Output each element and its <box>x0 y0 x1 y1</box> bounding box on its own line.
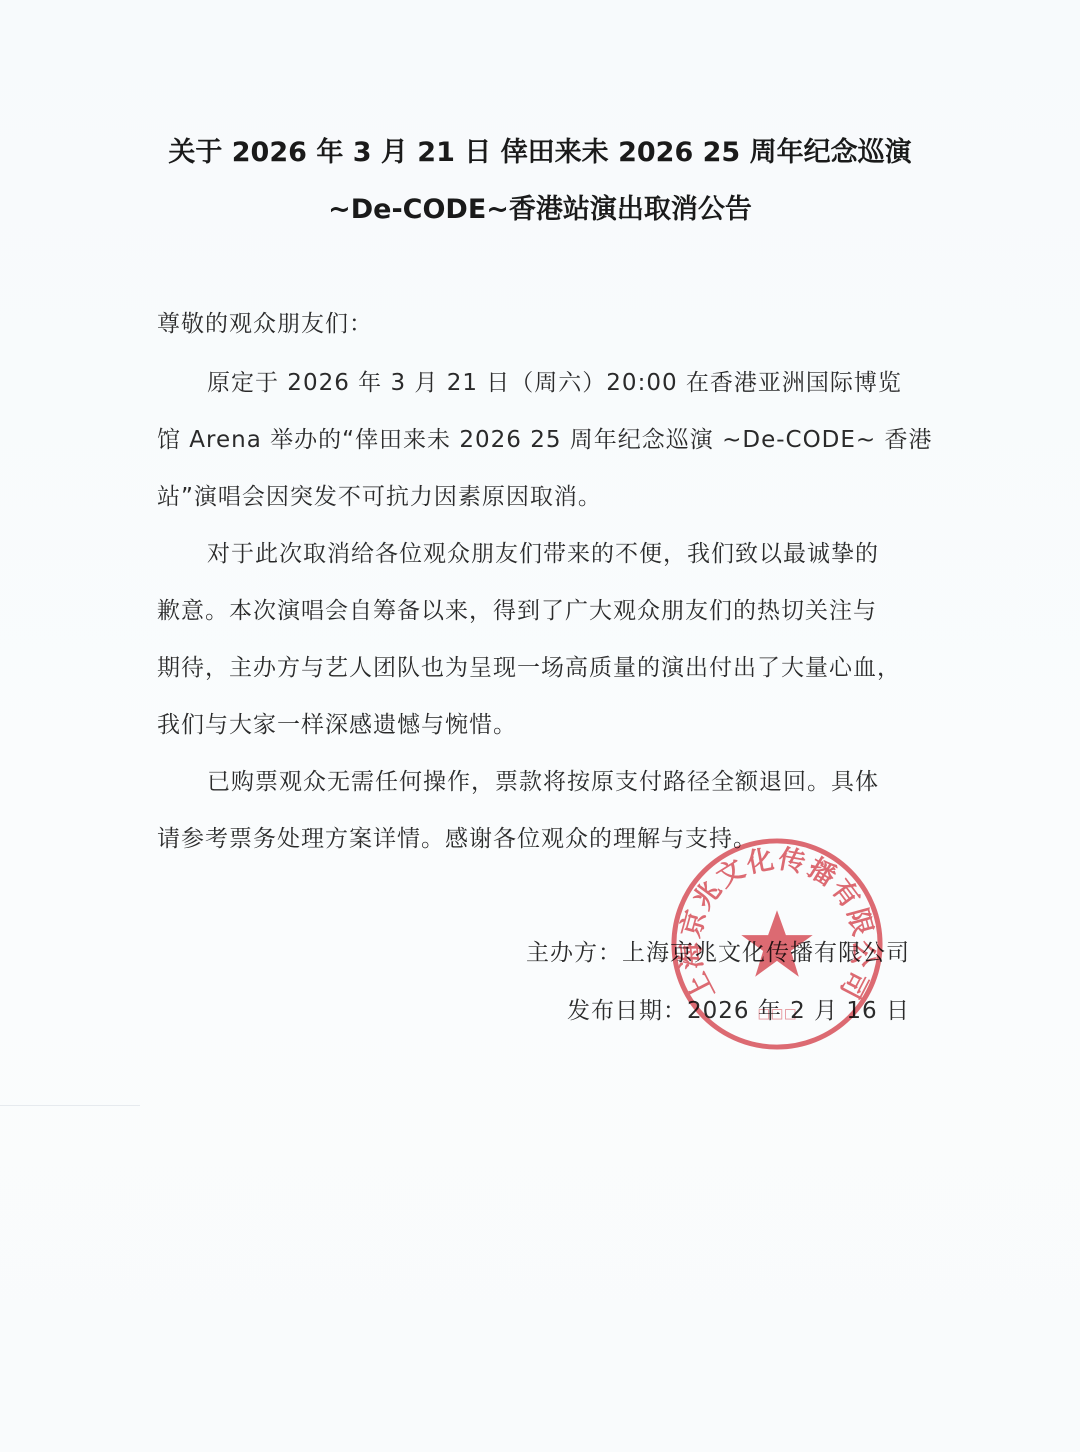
paragraph-1-line-1: 原定于 2026 年 3 月 21 日（周六）20:00 在香港亚洲国际博览 <box>207 364 902 397</box>
document-title-line-2: ~De-CODE~香港站演出取消公告 <box>0 187 1080 226</box>
paragraph-3-line-2: 请参考票务处理方案详情。感谢各位观众的理解与支持。 <box>157 820 757 853</box>
company-seal-stamp: 上海京兆文化传播有限公司 ◻◻◻ <box>668 835 886 1053</box>
paragraph-2-line-4: 我们与大家一样深感遗憾与惋惜。 <box>157 706 517 739</box>
paragraph-2-line-1: 对于此次取消给各位观众朋友们带来的不便，我们致以最诚挚的 <box>207 535 879 568</box>
svg-text:◻◻◻: ◻◻◻ <box>757 1003 796 1022</box>
paragraph-2-line-3: 期待，主办方与艺人团队也为呈现一场高质量的演出付出了大量心血， <box>157 649 901 682</box>
paragraph-2-line-2: 歉意。本次演唱会自筹备以来，得到了广大观众朋友们的热切关注与 <box>157 592 877 625</box>
scan-artifact-line <box>0 1105 140 1106</box>
paragraph-1-line-2: 馆 Arena 举办的“倖田来未 2026 25 周年纪念巡演 ~De-CODE… <box>157 421 933 454</box>
paragraph-1-line-3: 站”演唱会因突发不可抗力因素原因取消。 <box>157 478 602 511</box>
paragraph-3-line-1: 已购票观众无需任何操作，票款将按原支付路径全额退回。具体 <box>207 763 879 796</box>
document-page: 关于 2026 年 3 月 21 日 倖田来未 2026 25 周年纪念巡演 ~… <box>0 0 1080 1452</box>
star-icon <box>741 910 812 976</box>
document-title-line-1: 关于 2026 年 3 月 21 日 倖田来未 2026 25 周年纪念巡演 <box>0 130 1080 169</box>
salutation: 尊敬的观众朋友们： <box>157 305 373 338</box>
